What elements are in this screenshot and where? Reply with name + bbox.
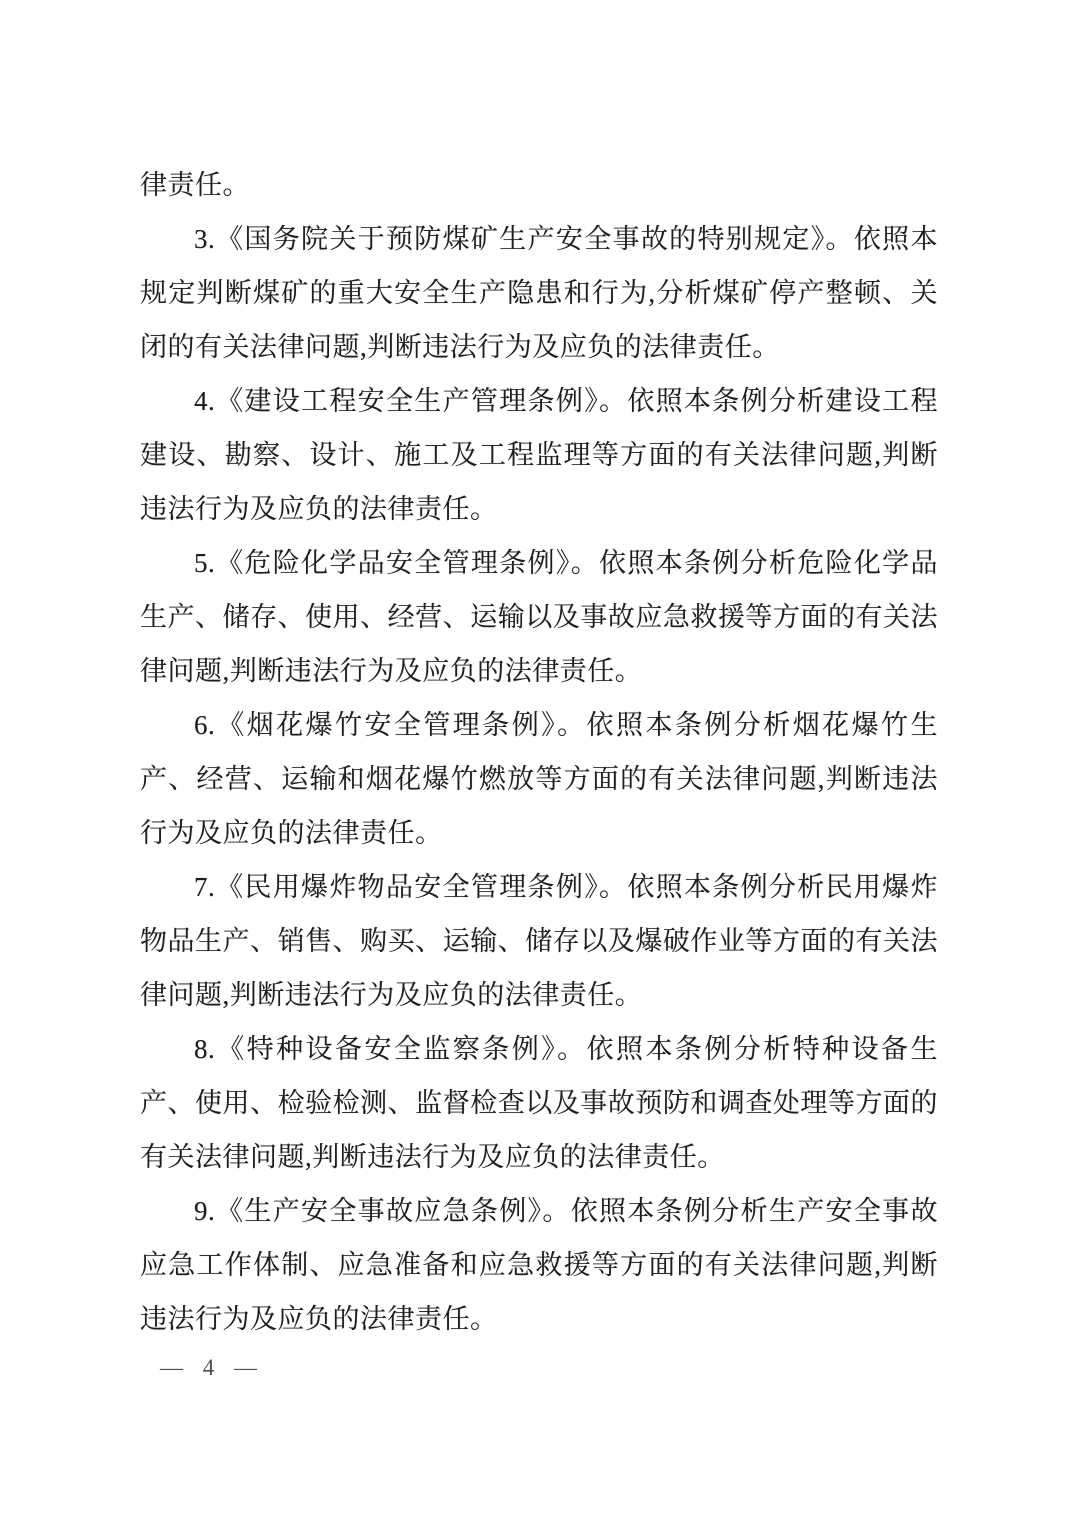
paragraph: 7.《民用爆炸物品安全管理条例》。依照本条例分析民用爆炸物品生产、销售、购买、运… [140,860,938,1022]
paragraph: 5.《危险化学品安全管理条例》。依照本条例分析危险化学品生产、储存、使用、经营、… [140,536,938,698]
paragraph-continuation: 律责任。 [140,158,938,212]
paragraph: 8.《特种设备安全监察条例》。依照本条例分析特种设备生产、使用、检验检测、监督检… [140,1022,938,1184]
paragraph: 6.《烟花爆竹安全管理条例》。依照本条例分析烟花爆竹生产、经营、运输和烟花爆竹燃… [140,698,938,860]
page-number: — 4 — [160,1352,259,1384]
document-page: 律责任。3.《国务院关于预防煤矿生产安全事故的特别规定》。依照本规定判断煤矿的重… [0,0,1080,1527]
paragraph: 3.《国务院关于预防煤矿生产安全事故的特别规定》。依照本规定判断煤矿的重大安全生… [140,212,938,374]
document-body: 律责任。3.《国务院关于预防煤矿生产安全事故的特别规定》。依照本规定判断煤矿的重… [140,158,938,1346]
paragraph: 4.《建设工程安全生产管理条例》。依照本条例分析建设工程建设、勘察、设计、施工及… [140,374,938,536]
paragraph: 9.《生产安全事故应急条例》。依照本条例分析生产安全事故应急工作体制、应急准备和… [140,1184,938,1346]
